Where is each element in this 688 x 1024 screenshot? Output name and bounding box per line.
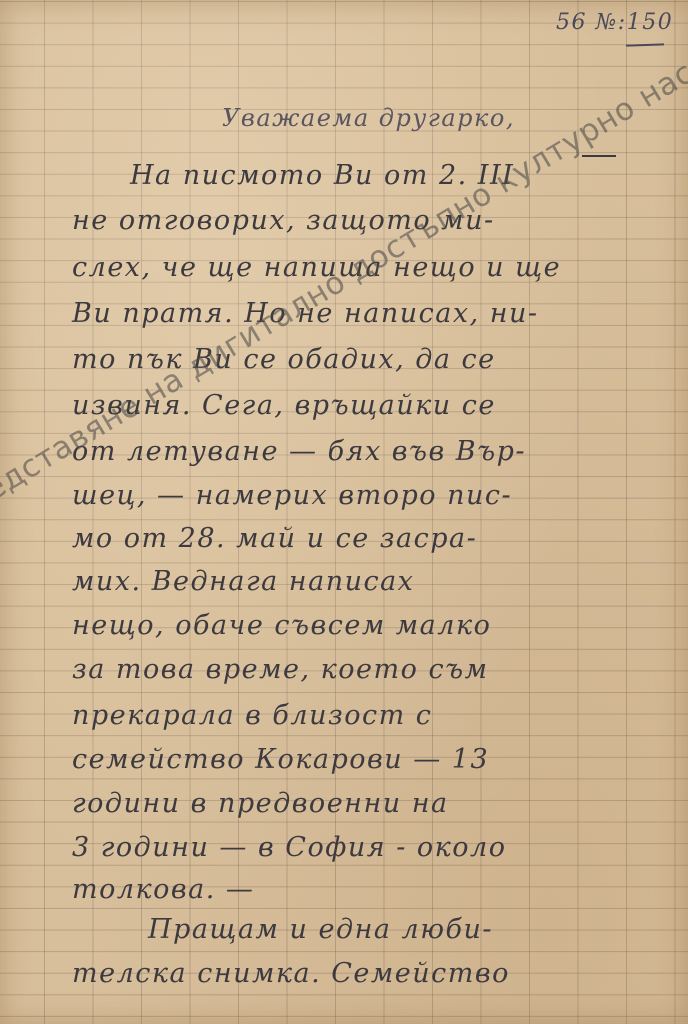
letter-line: шец, — намерих второ пис- — [72, 480, 512, 511]
letter-line: семейство Кокарови — 13 — [72, 744, 489, 775]
letter-line: от летуване — бях във Вър- — [72, 436, 526, 467]
letter-line: години в предвоенни на — [72, 788, 449, 819]
letter-line: Ви пратя. Но не написах, ни- — [72, 298, 539, 329]
letter-line: то пък Ви се обадих, да се — [72, 344, 496, 375]
letter-line: прекарала в близост с — [72, 700, 432, 731]
letter-line: нещо, обаче съвсем малко — [72, 610, 491, 641]
letter-line: 3 години — в София - около — [72, 832, 506, 863]
letter-line: мих. Веднага написах — [72, 566, 414, 597]
letter-line: за това време, което съм — [72, 654, 488, 685]
letter-line: Пращам и една люби- — [148, 914, 493, 945]
grid-paper-page — [0, 0, 688, 1024]
letter-line: извиня. Сега, връщайки се — [72, 390, 496, 421]
letter-line: не отговорих, защото ми- — [72, 205, 495, 236]
letter-greeting: Уважаема другарко, — [222, 104, 515, 132]
letter-line: мо от 28. май и се засра- — [72, 523, 477, 554]
letter-line: На писмото Ви от 2. III — [130, 160, 514, 191]
archive-reference-number: 56 №:150 — [556, 10, 673, 35]
letter-line: слех, че ще напиша нещо и ще — [72, 252, 561, 283]
letter-line: телска снимка. Семейство — [72, 958, 510, 989]
letter-line: толкова. — — [72, 874, 254, 905]
roman-numeral-overbar — [582, 155, 616, 157]
